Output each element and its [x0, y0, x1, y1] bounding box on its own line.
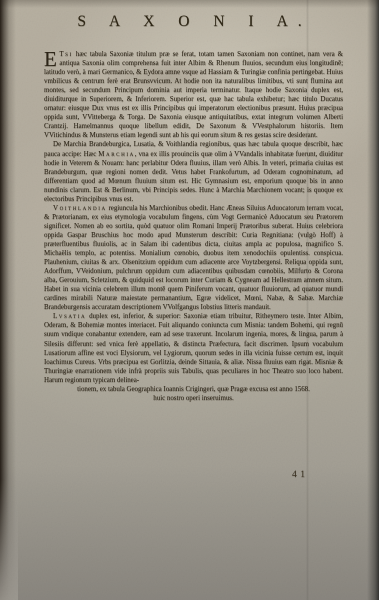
paragraph-marchia: De Marchia Brandeburgica, Lusatia, & Voi…: [44, 140, 343, 203]
paragraph-saxonia: ETsi hæc tabula Saxoniæ titulum præ se f…: [44, 50, 343, 140]
page-number: 41: [292, 470, 309, 480]
page-title: S A X O N I A.: [0, 13, 379, 31]
paragraph-lead: Lvsatia: [53, 313, 86, 320]
closing-lines: tionem, ex tabula Geographica Ioannis Cr…: [71, 385, 316, 403]
paragraph-lusatia: Lvsatia duplex est, inferior, & superior…: [44, 312, 343, 384]
paragraph-voithlandia: Voithlandia regiuncula his Marchionibus …: [44, 204, 343, 313]
page-content: S A X O N I A. ETsi hæc tabula Saxoniæ t…: [0, 0, 379, 600]
paragraph-lead: Voithlandia: [53, 205, 107, 212]
paragraph-lead: Tsi: [59, 51, 72, 58]
paragraph-text: regiuncula his Marchionibus obedit. Hanc…: [44, 205, 343, 312]
paragraph-text: , vna ex illis prouinciis quæ olim à VVa…: [44, 151, 343, 203]
paragraph-text: duplex est, inferior, & superior: Saxoni…: [44, 313, 343, 383]
drop-cap: E: [44, 50, 59, 68]
paragraph-text: hæc tabula Saxoniæ titulum præ se ferat,…: [44, 51, 343, 139]
book-page-photo: S A X O N I A. ETsi hæc tabula Saxoniæ t…: [0, 0, 379, 600]
body-text: ETsi hæc tabula Saxoniæ titulum præ se f…: [44, 50, 343, 403]
smallcaps-word: Marchia: [98, 151, 135, 158]
